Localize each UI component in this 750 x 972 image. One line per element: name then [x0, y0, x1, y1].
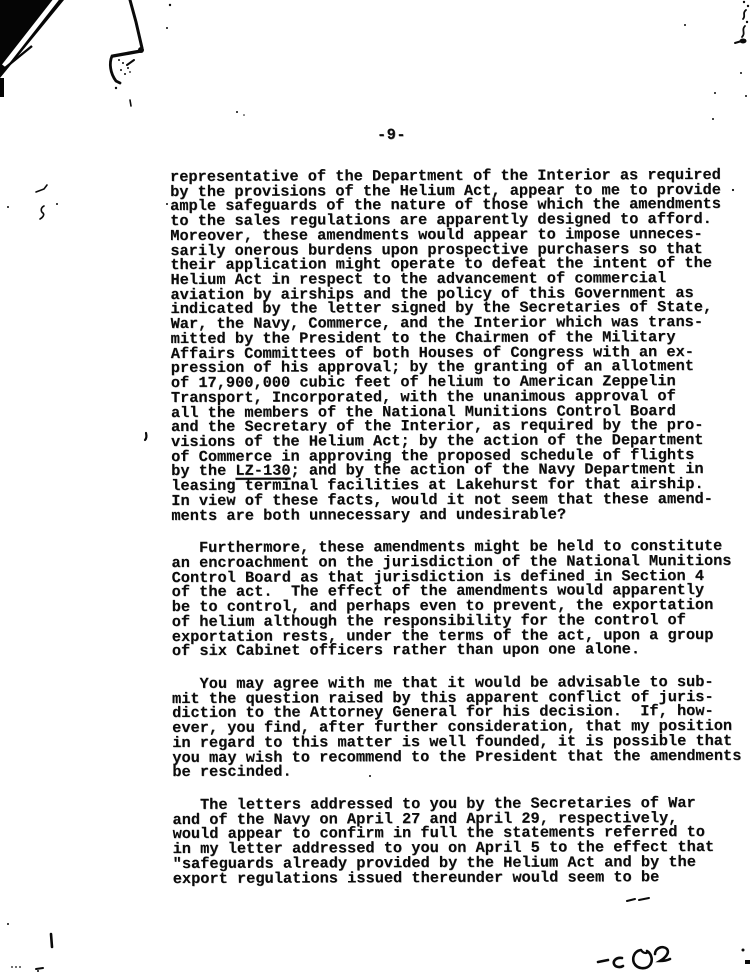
- scanned-document-page: -9- representative of the Department of …: [0, 0, 750, 972]
- page-number: -9-: [377, 126, 406, 144]
- paragraph: representative of the Department of the …: [170, 168, 740, 523]
- paragraph: The letters addressed to you by the Secr…: [172, 796, 741, 886]
- text-line: of six Cabinet officers rather than upon…: [172, 642, 741, 659]
- pen-scribble-mark: [110, 0, 144, 106]
- handwritten-corner-note: [598, 898, 750, 968]
- text-line: ments are both unnecessary and undesirab…: [171, 506, 740, 523]
- bottom-left-marks: [7, 923, 52, 972]
- paragraph: You may agree with me that it would be a…: [172, 675, 742, 780]
- left-margin-pen-marks: [7, 185, 168, 440]
- page-corner-fold-artifact: [0, 0, 64, 97]
- text-line: export regulations issued thereunder wou…: [173, 869, 742, 886]
- paragraph: Furthermore, these amendments might be h…: [171, 539, 741, 659]
- text-line: be rescinded.: [172, 763, 741, 780]
- document-body: representative of the Department of the …: [170, 168, 742, 905]
- binding-edge-marks: [684, 1, 749, 97]
